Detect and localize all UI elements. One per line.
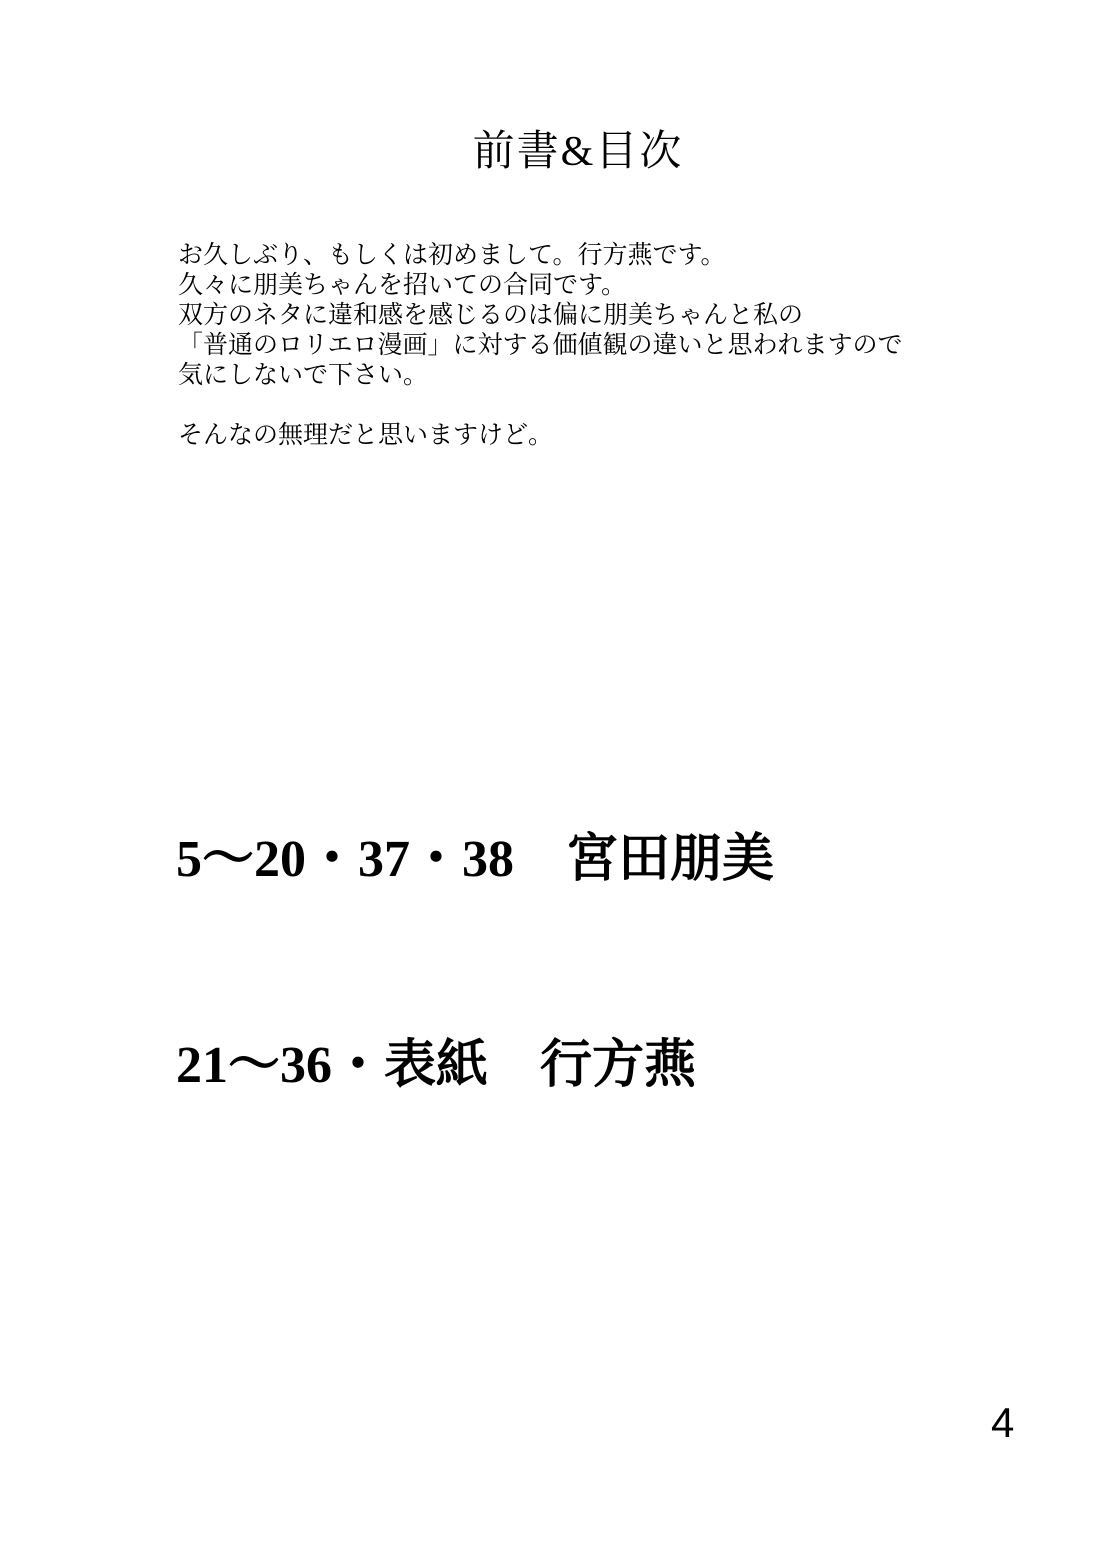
preface-line-7: そんなの無理だと思いますけど。 [178,421,978,451]
page-number: 4 [991,1402,1014,1444]
page-title: 前書&目次 [178,128,978,176]
toc-entry-namekata-tsubame: 21～36・表紙 行方燕 [176,1038,696,1094]
preface-line-1: お久しぶり、もしくは初めまして。行方燕です。 [178,241,978,271]
preface-line-5: 気にしないで下さい。 [178,361,978,391]
preface-line-4: 「普通のロリエロ漫画」に対する価値観の違いと思われますので [178,331,978,361]
preface-line-2: 久々に朋美ちゃんを招いての合同です。 [178,271,978,301]
preface-blank-line [178,391,978,421]
preface-line-3: 双方のネタに違和感を感じるのは偏に朋美ちゃんと私の [178,301,978,331]
preface-paragraph: お久しぶり、もしくは初めまして。行方燕です。 久々に朋美ちゃんを招いての合同です… [178,241,978,451]
document-page: 前書&目次 お久しぶり、もしくは初めまして。行方燕です。 久々に朋美ちゃんを招い… [0,0,1110,1554]
toc-entry-miyata-tomomi: 5～20・37・38 宮田朋美 [176,832,774,888]
